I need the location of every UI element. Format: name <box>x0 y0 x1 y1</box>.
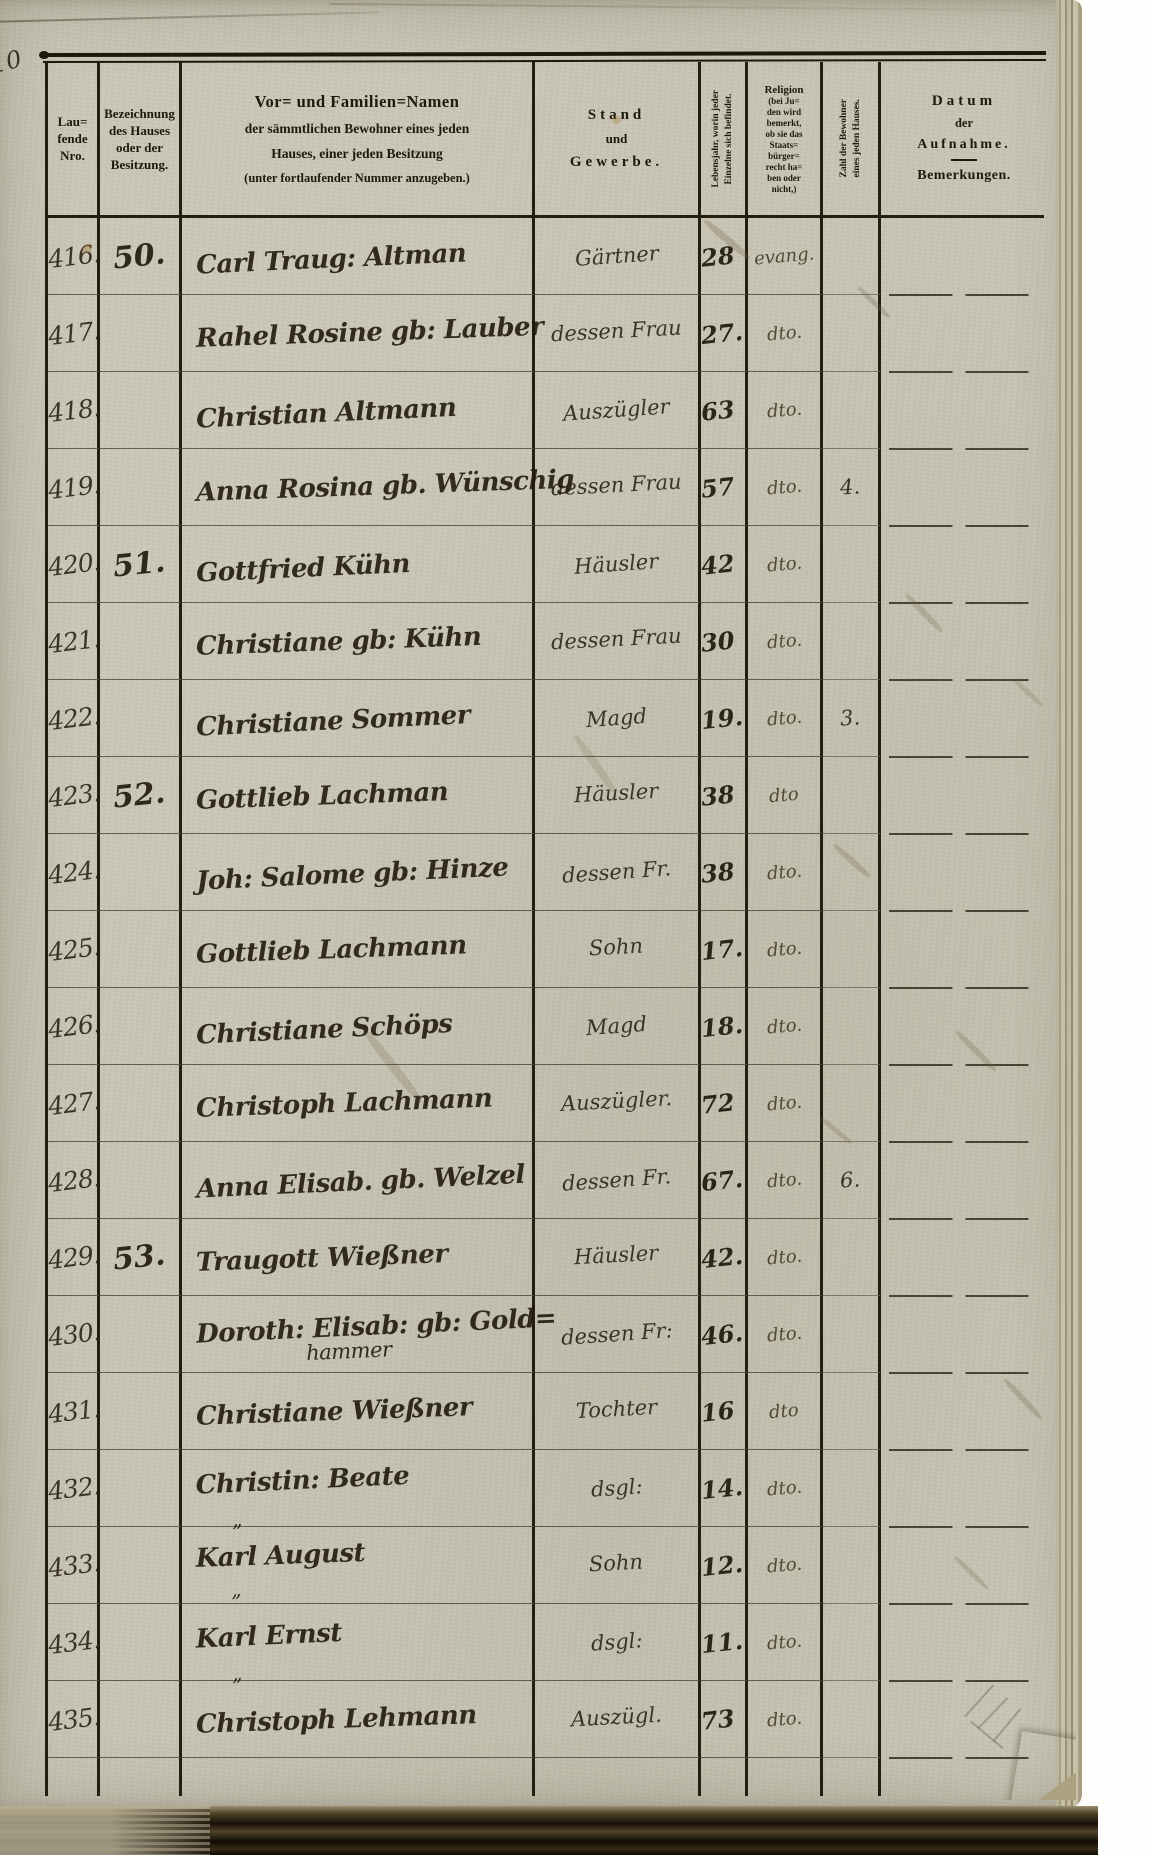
religion-value: evang. <box>748 218 823 295</box>
datum-bemerkung <box>881 603 1047 680</box>
header-lebensjahr-label: Lebensjahr, worin jeder Einzelne sich be… <box>710 90 736 188</box>
table-row: 429.53.Traugott WießnerHäusler42.dto. <box>45 1219 1044 1296</box>
stand-gewerbe-text: dessen Frau <box>550 316 682 347</box>
religion-value: dto. <box>748 1527 823 1604</box>
resident-name: Christin: Beate„ <box>182 1450 535 1527</box>
datum-bemerkung <box>881 218 1047 295</box>
table-row: 424.Joh: Salome gb: Hinzedessen Fr.38dto… <box>45 834 1044 911</box>
age-value: 17. <box>701 911 748 988</box>
resident-name: Rahel Rosine gb: Lauber <box>182 295 535 372</box>
row-number: 416. <box>48 218 100 295</box>
stand-gewerbe-text: Magd <box>585 1012 647 1040</box>
stand-gewerbe: dessen Fr. <box>535 834 701 911</box>
resident-name-text: Traugott Wießner <box>196 1236 533 1278</box>
row-number-text: 435. <box>46 1701 101 1736</box>
datum-bemerkung <box>881 911 1047 988</box>
religion-value-text: dto. <box>766 860 803 884</box>
census-page-scan: 10 Lau= fende Nro. Bezeichnung des Hause… <box>0 0 1082 1808</box>
resident-name-text: Gottlieb Lachman <box>196 774 533 816</box>
header-stand-line3: Gewerbe. <box>570 154 663 171</box>
header-haus-bezeichnung-label: Bezeichnung des Hauses oder der Besitzun… <box>104 105 175 173</box>
bewohner-count <box>823 1604 881 1681</box>
religion-value: dto. <box>748 834 823 911</box>
table-header-row: Lau= fende Nro. Bezeichnung des Hauses o… <box>45 62 1044 218</box>
header-namen-line3: Hauses, einer jeden Besitzung <box>271 146 443 162</box>
row-number-text: 432. <box>46 1470 101 1505</box>
age-value: 57 <box>701 449 748 526</box>
ditto-mark: „ <box>230 1481 533 1532</box>
stand-gewerbe: dessen Fr. <box>535 1142 701 1219</box>
age-value-text: 11. <box>700 1625 745 1658</box>
bewohner-count: 4. <box>823 449 881 526</box>
religion-value: dto. <box>748 526 823 603</box>
datum-bemerkung <box>881 1604 1047 1681</box>
header-namen-line2: der sämmtlichen Bewohner eines jeden <box>245 121 469 137</box>
religion-value: dto. <box>748 988 823 1065</box>
row-number: 433. <box>48 1527 100 1604</box>
age-value-text: 18. <box>700 1009 745 1042</box>
paper-stain <box>612 116 621 124</box>
age-value-text: 28 <box>700 240 736 272</box>
datum-bemerkung <box>881 1373 1047 1450</box>
religion-value-text: dto <box>768 1399 799 1422</box>
stand-gewerbe-text: Gärtner <box>574 241 659 271</box>
religion-value: dto. <box>748 603 823 680</box>
religion-value: dto. <box>748 911 823 988</box>
resident-name-text: Karl Ernst„ <box>195 1609 533 1678</box>
header-laufende-nro: Lau= fende Nro. <box>48 62 100 215</box>
age-value-text: 30 <box>700 625 736 657</box>
religion-value: dto. <box>748 1450 823 1527</box>
resident-name: Gottfried Kühn <box>182 526 535 603</box>
header-datum-line2: der <box>955 116 973 131</box>
header-lebensjahr: Lebensjahr, worin jeder Einzelne sich be… <box>701 62 748 215</box>
stand-gewerbe-text: Auszügler <box>562 394 670 425</box>
stand-gewerbe: Häusler <box>535 1219 701 1296</box>
stand-gewerbe-text: Häusler <box>574 1241 659 1269</box>
house-number-text: 53. <box>112 1237 168 1277</box>
stand-gewerbe-text: dessen Fr. <box>561 856 671 888</box>
header-zahl-bewohner-label: Zahl der Bewohner eines jeden Hauses. <box>838 99 864 177</box>
table-row: 418.Christian AltmannAuszügler63dto. <box>45 372 1044 449</box>
resident-name: Karl August„ <box>182 1527 535 1604</box>
row-number: 432. <box>48 1450 100 1527</box>
table-row: 434.Karl Ernst„dsgl:11.dto. <box>45 1604 1044 1681</box>
house-number <box>100 911 182 988</box>
age-value: 67. <box>701 1142 748 1219</box>
bewohner-count <box>823 911 881 988</box>
stand-gewerbe: dsgl: <box>535 1450 701 1527</box>
bewohner-count <box>823 1065 881 1142</box>
stand-gewerbe: dessen Fr: <box>535 1296 701 1373</box>
age-value-text: 63 <box>700 394 736 426</box>
header-religion-note: (bei Ju= den wird bemerkt, ob sie das St… <box>765 96 802 195</box>
header-datum-line1: Datum <box>932 93 996 110</box>
stand-gewerbe: Sohn <box>535 911 701 988</box>
bewohner-count <box>823 834 881 911</box>
bewohner-count <box>823 295 881 372</box>
resident-name-text: Karl August„ <box>195 1532 533 1598</box>
table-row: 417.Rahel Rosine gb: Lauberdessen Frau27… <box>45 295 1044 372</box>
row-number-text: 431. <box>46 1393 101 1428</box>
row-number: 427. <box>48 1065 100 1142</box>
row-number-text: 425. <box>46 931 101 966</box>
age-value-text: 46. <box>700 1317 745 1350</box>
age-value-text: 17. <box>700 932 745 965</box>
stand-gewerbe-text: dsgl: <box>590 1474 643 1502</box>
age-value-text: 42. <box>700 1240 745 1273</box>
table-row: 432.Christin: Beate„dsgl:14.dto. <box>45 1450 1044 1527</box>
stand-gewerbe: Auszügler <box>535 372 701 449</box>
datum-bemerkung <box>881 449 1047 526</box>
table-row: 430.Doroth: Elisab: gb: Gold=hammerdesse… <box>45 1296 1044 1373</box>
header-namen-line4: (unter fortlaufender Nummer anzugeben.) <box>244 171 470 186</box>
age-value: 42 <box>701 526 748 603</box>
resident-name: Doroth: Elisab: gb: Gold=hammer <box>182 1296 535 1373</box>
bewohner-count <box>823 526 881 603</box>
house-number <box>100 1142 182 1219</box>
datum-bemerkung <box>881 1219 1047 1296</box>
datum-bemerkung <box>881 680 1047 757</box>
resident-name: Christiane Wießner <box>182 1373 535 1450</box>
bewohner-count-text: 3. <box>840 705 862 730</box>
religion-value: dto. <box>748 1296 823 1373</box>
resident-name: Christoph Lachmann <box>182 1065 535 1142</box>
stand-gewerbe: dessen Frau <box>535 449 701 526</box>
resident-name: Karl Ernst„ <box>182 1604 535 1681</box>
ditto-mark: „ <box>230 1635 533 1686</box>
row-number-text: 426. <box>46 1008 101 1043</box>
age-value-text: 72 <box>700 1087 736 1119</box>
age-value-text: 14. <box>700 1471 745 1504</box>
bewohner-count <box>823 603 881 680</box>
bewohner-count <box>823 1373 881 1450</box>
resident-name-text: Carl Traug: Altman <box>196 235 533 280</box>
row-number: 424. <box>48 834 100 911</box>
house-number <box>100 295 182 372</box>
stand-gewerbe-text: dsgl: <box>590 1628 643 1656</box>
religion-value-text: dto. <box>766 1168 803 1192</box>
religion-value-text: dto. <box>766 475 803 499</box>
datum-bemerkung <box>881 1142 1047 1219</box>
datum-bemerkung <box>881 1527 1047 1604</box>
table-row: 420.51.Gottfried KühnHäusler42dto. <box>45 526 1044 603</box>
house-number <box>100 1065 182 1142</box>
stand-gewerbe: dsgl: <box>535 1604 701 1681</box>
house-number <box>100 1450 182 1527</box>
house-number: 52. <box>100 757 182 834</box>
stand-gewerbe-text: Häusler <box>574 779 659 807</box>
row-number: 418. <box>48 372 100 449</box>
row-number: 425. <box>48 911 100 988</box>
religion-value: dto. <box>748 1219 823 1296</box>
header-religion-title: Religion <box>764 85 803 96</box>
stand-gewerbe: dessen Frau <box>535 603 701 680</box>
table-row: 416.50.Carl Traug: AltmanGärtner28evang. <box>45 218 1044 295</box>
resident-name-text: Christoph Lehmann <box>196 1698 533 1740</box>
stand-gewerbe: Häusler <box>535 757 701 834</box>
resident-name-text: Christiane Wießner <box>196 1390 533 1432</box>
row-number: 435. <box>48 1681 100 1758</box>
house-number <box>100 1604 182 1681</box>
datum-bemerkung <box>881 1450 1047 1527</box>
bewohner-count <box>823 1527 881 1604</box>
religion-value: dto. <box>748 1681 823 1758</box>
census-table: Lau= fende Nro. Bezeichnung des Hauses o… <box>45 62 1044 1796</box>
religion-value-text: dto. <box>766 398 803 422</box>
house-number-text: 51. <box>112 544 168 584</box>
row-number: 431. <box>48 1373 100 1450</box>
book-binding-edge <box>0 1806 1098 1855</box>
age-value-text: 38 <box>700 856 736 888</box>
house-number <box>100 372 182 449</box>
house-number <box>100 1681 182 1758</box>
bewohner-count <box>823 1219 881 1296</box>
stand-gewerbe-text: Magd <box>585 704 647 732</box>
paper-stain <box>82 244 92 253</box>
table-row: 426.Christiane SchöpsMagd18.dto. <box>45 988 1044 1065</box>
age-value: 14. <box>701 1450 748 1527</box>
age-value-text: 12. <box>700 1548 745 1581</box>
age-value: 28 <box>701 218 748 295</box>
resident-name-text: Christian Altmann <box>196 389 533 434</box>
table-row: 422.Christiane SommerMagd19.dto.3. <box>45 680 1044 757</box>
resident-name-text: Christiane Schöps <box>196 1005 533 1050</box>
table-body: 416.50.Carl Traug: AltmanGärtner28evang.… <box>45 218 1044 1758</box>
house-number <box>100 834 182 911</box>
datum-bemerkung <box>881 295 1047 372</box>
header-datum-bemerkungen: Datum der Aufnahme. Bemerkungen. <box>881 62 1047 215</box>
header-haus-bezeichnung: Bezeichnung des Hauses oder der Besitzun… <box>100 62 182 215</box>
religion-value-text: dto. <box>766 1707 803 1731</box>
datum-bemerkung <box>881 988 1047 1065</box>
dog-eared-corner <box>990 1704 1076 1800</box>
bewohner-count: 6. <box>823 1142 881 1219</box>
age-value-text: 19. <box>700 701 745 734</box>
resident-name: Christiane Schöps <box>182 988 535 1065</box>
religion-value-text: dto. <box>766 1476 803 1500</box>
stand-gewerbe: Tochter <box>535 1373 701 1450</box>
stand-gewerbe-text: Sohn <box>589 934 644 961</box>
table-row: 435.Christoph LehmannAuszügl.73dto. <box>45 1681 1044 1758</box>
house-number <box>100 449 182 526</box>
house-number-text: 50. <box>112 236 168 276</box>
row-number: 430. <box>48 1296 100 1373</box>
row-number: 417. <box>48 295 100 372</box>
house-number <box>100 680 182 757</box>
age-value-text: 67. <box>700 1163 745 1196</box>
row-number-text: 430. <box>46 1316 101 1351</box>
paper-fold-line <box>0 11 380 22</box>
row-number: 429. <box>48 1219 100 1296</box>
stand-gewerbe: dessen Frau <box>535 295 701 372</box>
row-number: 423. <box>48 757 100 834</box>
stand-gewerbe: Auszügl. <box>535 1681 701 1758</box>
row-number: 426. <box>48 988 100 1065</box>
datum-bemerkung <box>881 1065 1047 1142</box>
house-number <box>100 1527 182 1604</box>
stand-gewerbe: Gärtner <box>535 218 701 295</box>
row-number: 420. <box>48 526 100 603</box>
bewohner-count-text: 6. <box>840 1167 862 1192</box>
datum-bemerkung <box>881 757 1047 834</box>
resident-name: Gottlieb Lachmann <box>182 911 535 988</box>
stand-gewerbe-text: dessen Fr: <box>560 1318 673 1350</box>
resident-name: Anna Rosina gb. Wünschig <box>182 449 535 526</box>
bewohner-count <box>823 1681 881 1758</box>
religion-value-text: dto. <box>766 1630 803 1654</box>
resident-name-text: Gottlieb Lachmann <box>196 928 533 970</box>
age-value: 38 <box>701 834 748 911</box>
bewohner-count <box>823 1296 881 1373</box>
house-number <box>100 1373 182 1450</box>
religion-value: dto. <box>748 1604 823 1681</box>
row-number: 419. <box>48 449 100 526</box>
age-value-text: 38 <box>700 779 736 811</box>
resident-name-text: Christoph Lachmann <box>196 1082 533 1124</box>
datum-bemerkung <box>881 834 1047 911</box>
header-datum-line3: Aufnahme. <box>917 137 1011 153</box>
house-number: 53. <box>100 1219 182 1296</box>
header-bemerkungen-label: Bemerkungen. <box>917 168 1011 184</box>
stand-gewerbe-text: Häusler <box>574 549 660 579</box>
row-number: 421. <box>48 603 100 680</box>
stand-gewerbe-text: Auszügl. <box>570 1703 662 1732</box>
bewohner-count <box>823 757 881 834</box>
resident-name-text: Anna Elisab. gb. Welzel <box>196 1159 533 1204</box>
table-row: 421.Christiane gb: Kühndessen Frau30dto. <box>45 603 1044 680</box>
religion-value: dto <box>748 757 823 834</box>
margin-mark: 10 <box>0 45 24 80</box>
header-namen-line1: Vor= und Familien=Namen <box>255 92 460 112</box>
row-number-text: 433. <box>46 1547 101 1582</box>
resident-name: Christiane Sommer <box>182 680 535 757</box>
age-value-text: 16 <box>700 1395 736 1427</box>
age-value: 46. <box>701 1296 748 1373</box>
row-number-text: 434. <box>46 1624 101 1659</box>
resident-name: Anna Elisab. gb. Welzel <box>182 1142 535 1219</box>
row-number-text: 420. <box>46 546 101 581</box>
age-value: 73 <box>701 1681 748 1758</box>
page-stack-bottom-left <box>0 1806 210 1855</box>
house-number <box>100 1296 182 1373</box>
header-laufende-nro-label: Lau= fende Nro. <box>57 113 87 164</box>
age-value: 18. <box>701 988 748 1065</box>
datum-bemerkung <box>881 372 1047 449</box>
age-value-text: 27. <box>700 316 745 349</box>
row-number-text: 427. <box>46 1085 101 1120</box>
table-row: 427.Christoph LachmannAuszügler.72dto. <box>45 1065 1044 1142</box>
religion-value-text: dto. <box>766 1322 803 1346</box>
bewohner-count <box>823 218 881 295</box>
resident-name: Christiane gb: Kühn <box>182 603 535 680</box>
row-number-text: 419. <box>46 469 101 504</box>
table-row: 431.Christiane WießnerTochter16dto <box>45 1373 1044 1450</box>
age-value: 16 <box>701 1373 748 1450</box>
row-number-text: 418. <box>46 392 101 427</box>
stand-gewerbe: Magd <box>535 988 701 1065</box>
age-value-text: 57 <box>700 471 736 503</box>
stand-gewerbe: Auszügler. <box>535 1065 701 1142</box>
religion-value-text: dto. <box>766 321 803 345</box>
age-value-text: 73 <box>700 1703 736 1735</box>
row-number-text: 417. <box>46 315 101 350</box>
stand-gewerbe: Häusler <box>535 526 701 603</box>
row-number: 422. <box>48 680 100 757</box>
religion-value: dto. <box>748 372 823 449</box>
table-row: 428.Anna Elisab. gb. Welzeldessen Fr.67.… <box>45 1142 1044 1219</box>
resident-name: Gottlieb Lachman <box>182 757 535 834</box>
age-value: 11. <box>701 1604 748 1681</box>
resident-name-text: Christiane Sommer <box>196 697 533 742</box>
religion-value: dto. <box>748 1142 823 1219</box>
bewohner-count-text: 4. <box>840 474 862 499</box>
row-number: 434. <box>48 1604 100 1681</box>
stand-gewerbe-text: dessen Frau <box>550 470 682 501</box>
header-religion: Religion (bei Ju= den wird bemerkt, ob s… <box>748 62 823 215</box>
stand-gewerbe: Sohn <box>535 1527 701 1604</box>
religion-value-text: dto. <box>766 1014 803 1038</box>
header-namen: Vor= und Familien=Namen der sämmtlichen … <box>182 62 535 215</box>
datum-bemerkung <box>881 1296 1047 1373</box>
datum-bemerkung <box>881 526 1047 603</box>
house-number: 50. <box>100 218 182 295</box>
bewohner-count <box>823 1450 881 1527</box>
age-value: 42. <box>701 1219 748 1296</box>
religion-value-text: dto. <box>766 1245 803 1269</box>
table-row: 423.52.Gottlieb LachmanHäusler38dto <box>45 757 1044 834</box>
stand-gewerbe: Magd <box>535 680 701 757</box>
religion-value-text: dto <box>768 783 799 806</box>
screenshot-root: { "page": { "margin_mark": "10", "header… <box>0 0 1150 1855</box>
resident-name-text: Gottfried Kühn <box>196 543 533 588</box>
resident-name: Christian Altmann <box>182 372 535 449</box>
row-number: 428. <box>48 1142 100 1219</box>
age-value-text: 42 <box>700 548 736 580</box>
resident-name-text: Christin: Beate„ <box>195 1455 533 1524</box>
paper-fold-line <box>330 3 1030 11</box>
resident-name: Joh: Salome gb: Hinze <box>182 834 535 911</box>
age-value: 30 <box>701 603 748 680</box>
resident-name: Carl Traug: Altman <box>182 218 535 295</box>
religion-value: dto. <box>748 680 823 757</box>
resident-name-text: Rahel Rosine gb: Lauber <box>196 312 533 354</box>
religion-value-text: dto. <box>766 1091 803 1115</box>
age-value: 38 <box>701 757 748 834</box>
ditto-mark: „ <box>230 1557 533 1602</box>
table-row: 419.Anna Rosina gb. Wünschigdessen Frau5… <box>45 449 1044 526</box>
age-value: 72 <box>701 1065 748 1142</box>
row-number-text: 422. <box>46 700 101 735</box>
age-value: 19. <box>701 680 748 757</box>
religion-value: dto. <box>748 449 823 526</box>
row-number-text: 424. <box>46 854 101 889</box>
resident-name-text: Joh: Salome gb: Hinze <box>196 851 533 896</box>
religion-value: dto. <box>748 295 823 372</box>
bewohner-count <box>823 988 881 1065</box>
resident-name: Christoph Lehmann <box>182 1681 535 1758</box>
header-datum-divider <box>951 159 977 161</box>
house-number <box>100 603 182 680</box>
resident-name: Traugott Wießner <box>182 1219 535 1296</box>
stand-gewerbe-text: Auszügler. <box>560 1086 672 1116</box>
header-stand-line2: und <box>606 131 628 147</box>
page-stack-edge <box>1056 0 1082 1808</box>
age-value: 27. <box>701 295 748 372</box>
religion-value-text: dto. <box>766 706 803 730</box>
row-number-text: 428. <box>46 1162 101 1197</box>
header-stand-gewerbe: Stand und Gewerbe. <box>535 62 701 215</box>
